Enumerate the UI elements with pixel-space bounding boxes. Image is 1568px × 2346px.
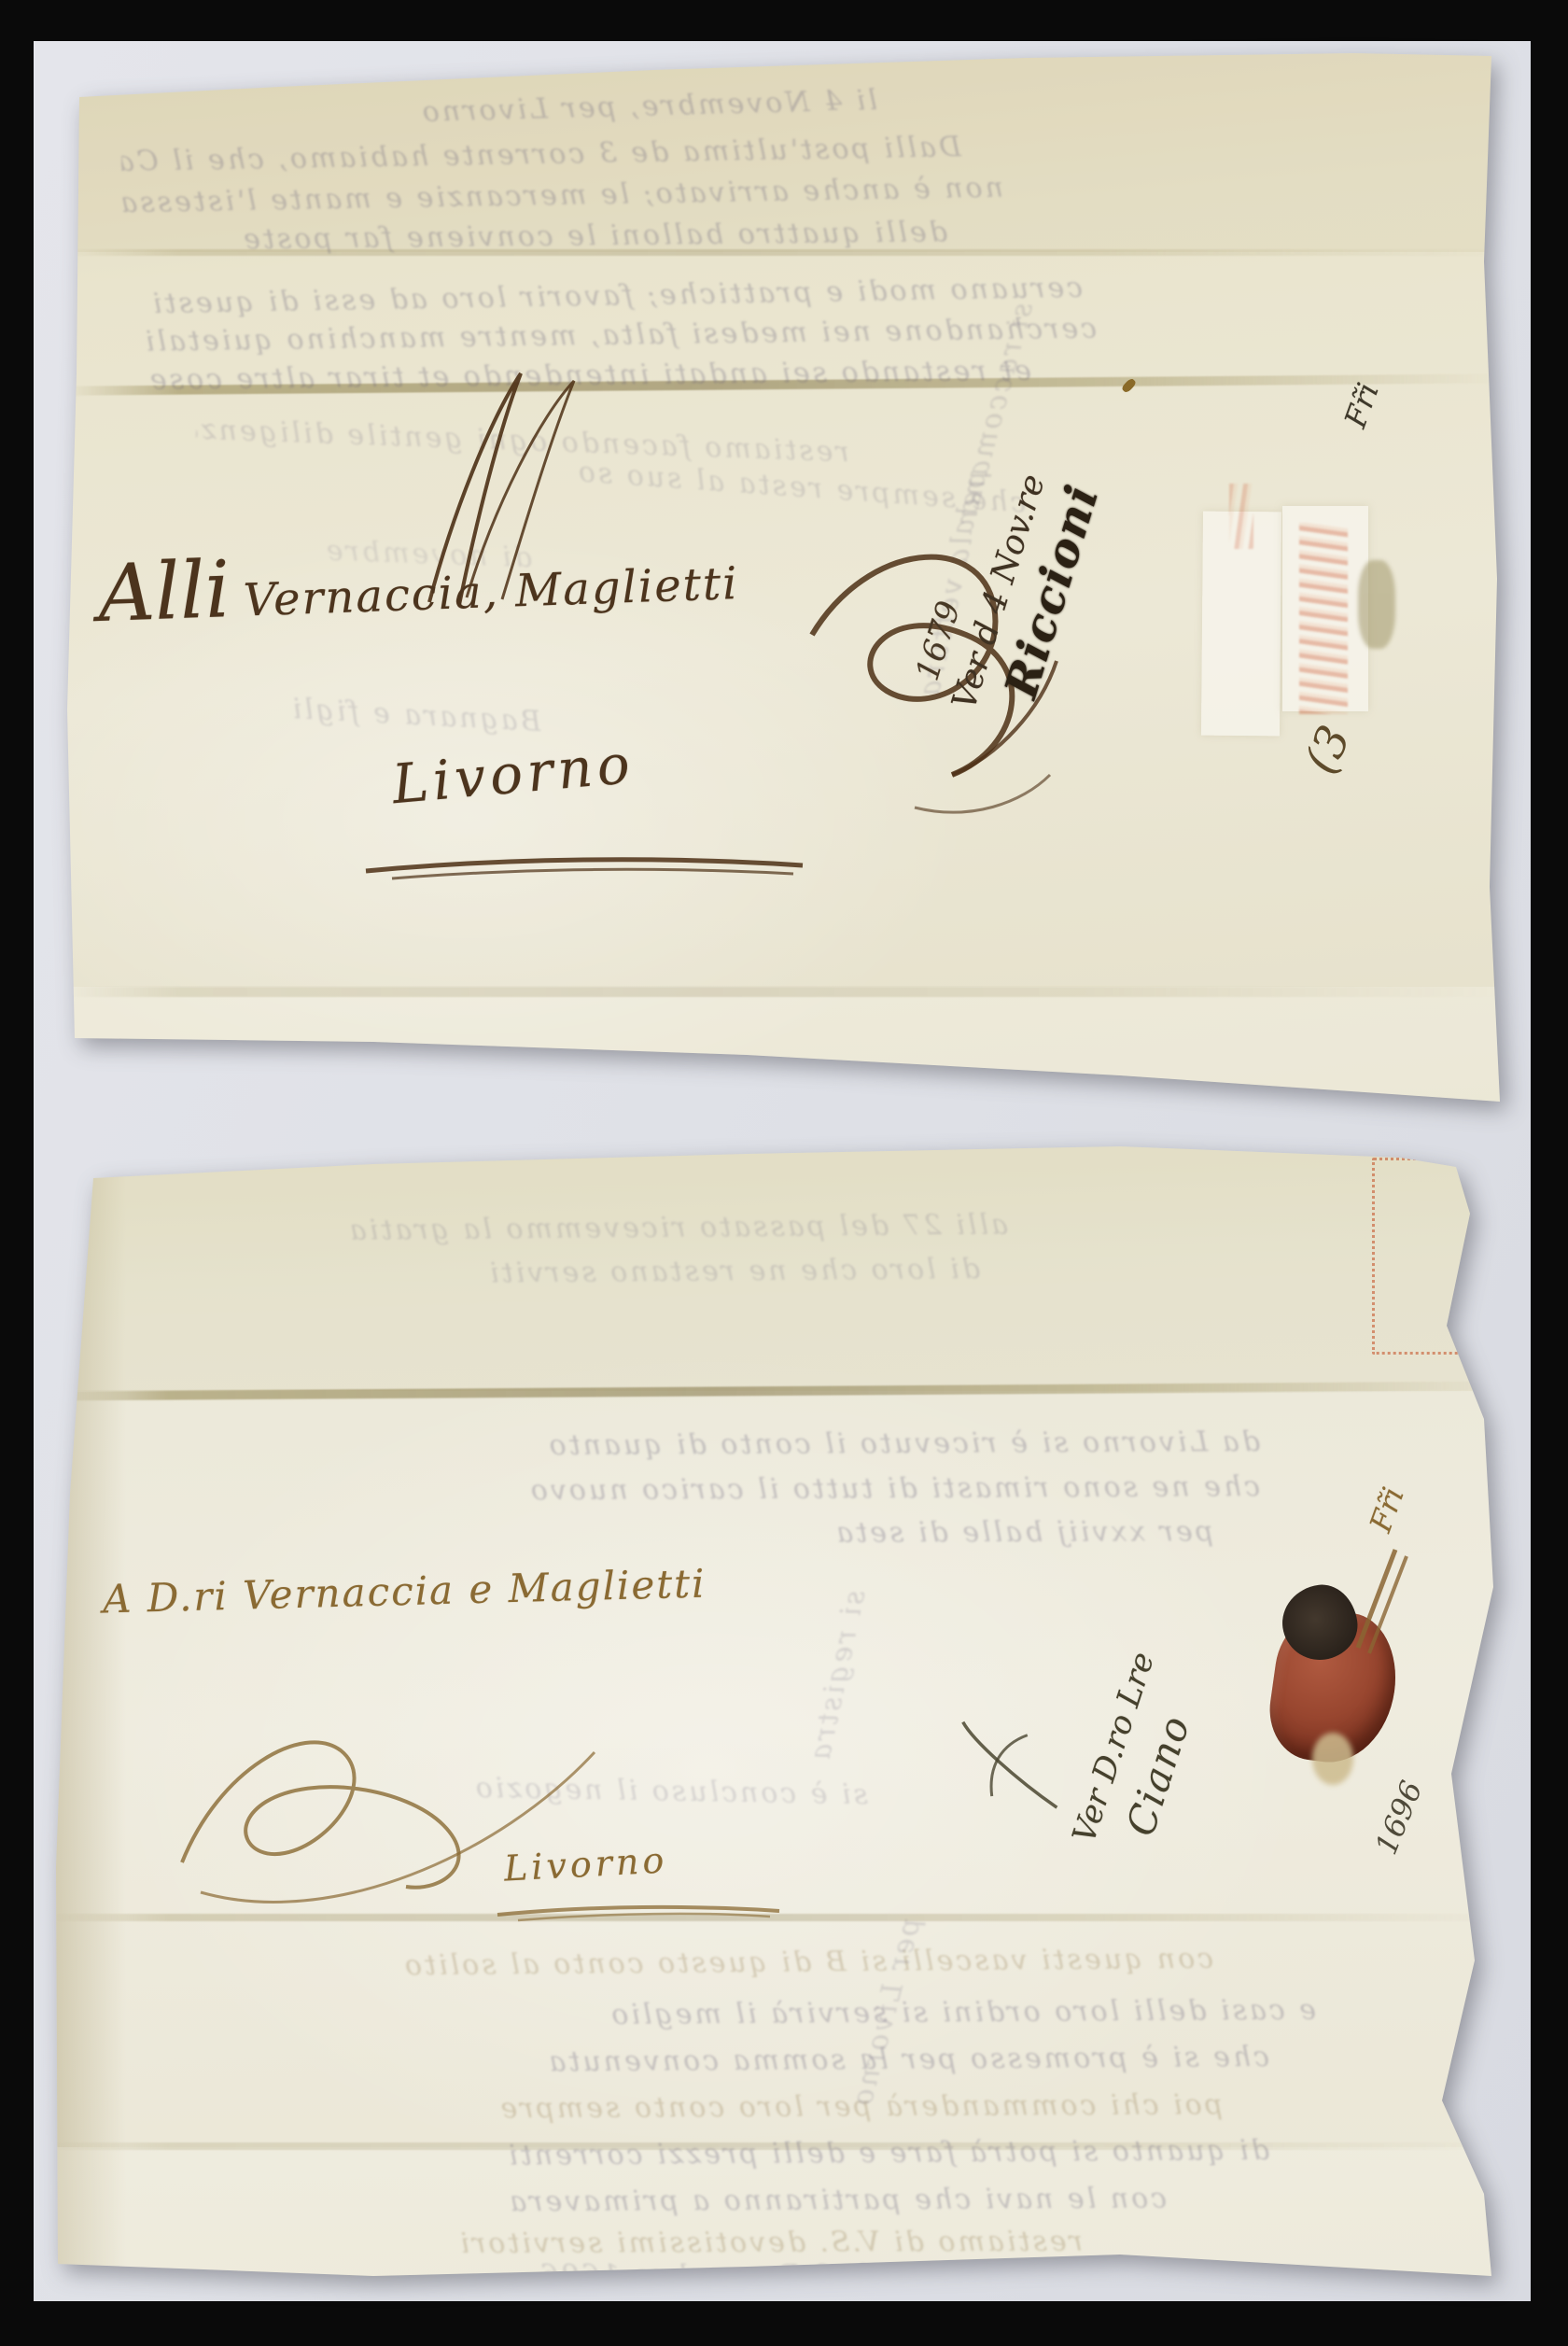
bleedthrough-line: che ne sono rimasti di tutto il carico n…: [233, 1470, 1260, 1509]
bleedthrough-line: di loro che ne restano serviti: [327, 1253, 980, 1291]
wax-residue: [1358, 560, 1395, 649]
seal-residue-stain: [1299, 523, 1348, 714]
seal-fiber: [1312, 1733, 1353, 1785]
bleedthrough-line: che si è promesso per la somma convenuta: [196, 2041, 1269, 2081]
bleedthrough-line: Dalli post'ultima de 3 corrente habiamo,…: [121, 131, 961, 178]
bleedthrough-line: restiamo di V.S. devotissimi servitori: [336, 2226, 1083, 2261]
bleedthrough-line: si registra: [743, 1587, 872, 2050]
photo-backdrop: li 4 Novembre, per Livorno Dalli post'ul…: [0, 0, 1568, 2346]
bleedthrough-line: con le navi che partiranno a primavera: [280, 2183, 1167, 2220]
bleedthrough-line: alli 27 del passato ricevemmo la gratia: [280, 1209, 1008, 1248]
year-mark: 1696: [1368, 1776, 1430, 1860]
franchise-mark: Fr̃i: [1363, 1482, 1411, 1537]
bleedthrough-line: e casi delli loro ordini si servirà il m…: [149, 1994, 1316, 2035]
franchise-mark: Fr̃i: [1337, 378, 1386, 432]
bleedthrough-line: non è anche arrivato; le mercanzie e man…: [107, 172, 1003, 220]
bleedthrough-line: poi chi commanderà per loro conto sempre: [243, 2088, 1223, 2126]
fold-crease: [65, 987, 1507, 997]
paper-bottom: alli 27 del passato ricevemmo la gratia …: [51, 1134, 1512, 2287]
document-bottom: alli 27 del passato ricevemmo la gratia …: [51, 1134, 1512, 2287]
document-top: li 4 Novembre, per Livorno Dalli post'ul…: [65, 51, 1507, 1116]
bleedthrough-line: Bagnara e figli: [148, 685, 541, 738]
stamp-outline-residue: [1372, 1158, 1487, 1355]
bleedthrough-line: con questi vascelli si B di questo conto…: [280, 1943, 1213, 1984]
address-salutation: Alli: [96, 543, 231, 639]
city-name: Livorno: [390, 732, 637, 816]
bleedthrough-line: da Livorno si è ricevuto il conto di qua…: [187, 1426, 1260, 1464]
bleedthrough-line: li 9 Decembre 1696: [401, 2259, 868, 2292]
bleedthrough-line: cerchandone nei medesi falta, mentre man…: [89, 312, 1097, 358]
address-line: A D.ri Vernaccia e Maglietti: [102, 1561, 707, 1623]
edge-shade: [51, 1134, 126, 2287]
address-name: Vernaccia, Maglietti: [243, 557, 740, 626]
franchise-dash-strokes: [1349, 1536, 1414, 1662]
seal-residue-stain: [1229, 484, 1253, 549]
city-underline-flourish: [355, 852, 821, 886]
fold-crease: [51, 1382, 1512, 1401]
fold-panel-light: [65, 987, 1507, 1117]
docket-paraph-flourish: [934, 1707, 1085, 1828]
bleedthrough-line: li 4 Novembre, per Livorno: [168, 84, 878, 135]
city-name: Livorno: [503, 1839, 668, 1889]
bleedthrough-line: di quanto si potrà fare e delli prezzi c…: [196, 2134, 1269, 2174]
paper-top: li 4 Novembre, per Livorno Dalli post'ul…: [65, 51, 1507, 1116]
city-underline-flourish: [490, 1902, 789, 1926]
address-line: Alli Vernaccia, Maglietti: [96, 526, 739, 639]
